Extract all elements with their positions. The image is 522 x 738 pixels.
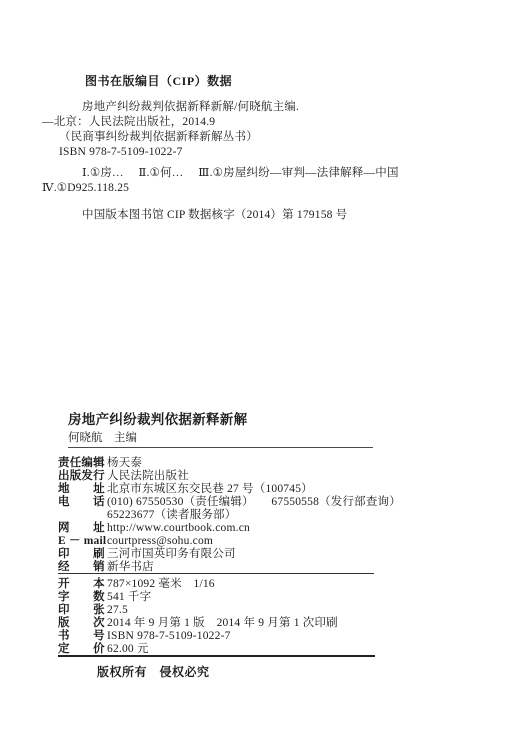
row-label: 印 张: [58, 604, 107, 617]
row-label: 地 址: [58, 483, 107, 496]
row-value: 北京市东城区东交民巷 27 号（100745）: [107, 483, 492, 496]
divider-line-top: [68, 447, 373, 448]
row-value: 27.5: [107, 604, 492, 617]
cip-description-line-1: 房地产纠纷裁判依据新释新解/何晓航主编.: [42, 100, 486, 115]
copyright-notice: 版权所有 侵权必究: [97, 663, 210, 680]
row-value: courtpress@sohu.com: [107, 535, 492, 548]
cip-record-line: 中国版本图书馆 CIP 数据核字（2014）第 179158 号: [42, 208, 486, 223]
row-value: 杨天泰: [107, 457, 492, 470]
colophon-row-format: 开 本 787×1092 毫米 1/16: [58, 578, 492, 591]
row-value: 541 千字: [107, 591, 492, 604]
cip-header: 图书在版编目（CIP）数据: [42, 72, 486, 89]
colophon-row-printer: 印 刷 三河市国英印务有限公司: [58, 548, 492, 561]
colophon-row-editor: 责任编辑 杨天泰: [58, 457, 492, 470]
colophon-row-wordcount: 字 数 541 千字: [58, 591, 492, 604]
book-copyright-page: 图书在版编目（CIP）数据 房地产纠纷裁判依据新释新解/何晓航主编. —北京：人…: [0, 0, 522, 738]
colophon-row-telephone: 电 话 (010) 67550530（责任编辑） 67550558（发行部查询）: [58, 496, 492, 509]
colophon-row-email: E － mail courtpress@sohu.com: [58, 535, 492, 548]
row-label: 网 址: [58, 522, 107, 535]
row-value: 65223677（读者服务部）: [107, 509, 492, 522]
row-value: http://www.courtbook.com.cn: [107, 522, 492, 535]
book-editor: 何晓航 主编: [68, 429, 137, 445]
colophon-row-publisher: 出版发行 人民法院出版社: [58, 470, 492, 483]
row-label: 印 刷: [58, 548, 107, 561]
row-value: 人民法院出版社: [107, 470, 492, 483]
cip-series-line: （民商事纠纷裁判依据新释新解丛书）: [42, 130, 486, 145]
row-value: (010) 67550530（责任编辑） 67550558（发行部查询）: [107, 496, 492, 509]
row-label: E － mail: [58, 535, 107, 548]
divider-line-bottom: [58, 655, 375, 657]
cip-block: 图书在版编目（CIP）数据 房地产纠纷裁判依据新释新解/何晓航主编. —北京：人…: [42, 72, 486, 223]
colophon-row-isbn: 书 号 ISBN 978-7-5109-1022-7: [58, 630, 492, 643]
cip-classification-line-1: Ⅰ.①房… Ⅱ.①何… Ⅲ.①房屋纠纷—审判—法律解释—中国: [42, 166, 486, 181]
row-label: 责任编辑: [58, 457, 107, 470]
colophon-row-address: 地 址 北京市东城区东交民巷 27 号（100745）: [58, 483, 492, 496]
row-label: 电 话: [58, 496, 107, 509]
colophon-row-sheets: 印 张 27.5: [58, 604, 492, 617]
row-value: ISBN 978-7-5109-1022-7: [107, 630, 492, 643]
row-label: 出版发行: [58, 470, 107, 483]
colophon-row-edition: 版 次 2014 年 9 月第 1 版 2014 年 9 月第 1 次印刷: [58, 617, 492, 630]
colophon-row-telephone-2: 65223677（读者服务部）: [58, 509, 492, 522]
colophon-row-website: 网 址 http://www.courtbook.com.cn: [58, 522, 492, 535]
row-label: 版 次: [58, 617, 107, 630]
row-label: 开 本: [58, 578, 107, 591]
divider-line-middle: [58, 573, 374, 574]
row-value: 三河市国英印务有限公司: [107, 548, 492, 561]
row-value: 2014 年 9 月第 1 版 2014 年 9 月第 1 次印刷: [107, 617, 492, 630]
cip-description-line-2: —北京：人民法院出版社，2014.9: [42, 115, 486, 130]
publisher-info-block: 责任编辑 杨天泰 出版发行 人民法院出版社 地 址 北京市东城区东交民巷 27 …: [58, 457, 492, 574]
cip-classification-line-2: Ⅳ.①D925.118.25: [42, 181, 486, 196]
print-spec-block: 开 本 787×1092 毫米 1/16 字 数 541 千字 印 张 27.5…: [58, 578, 492, 656]
book-title: 房地产纠纷裁判依据新释新解: [68, 408, 247, 428]
row-value: 787×1092 毫米 1/16: [107, 578, 492, 591]
cip-isbn-line: ISBN 978-7-5109-1022-7: [42, 145, 486, 160]
row-label: 书 号: [58, 630, 107, 643]
row-label: 字 数: [58, 591, 107, 604]
